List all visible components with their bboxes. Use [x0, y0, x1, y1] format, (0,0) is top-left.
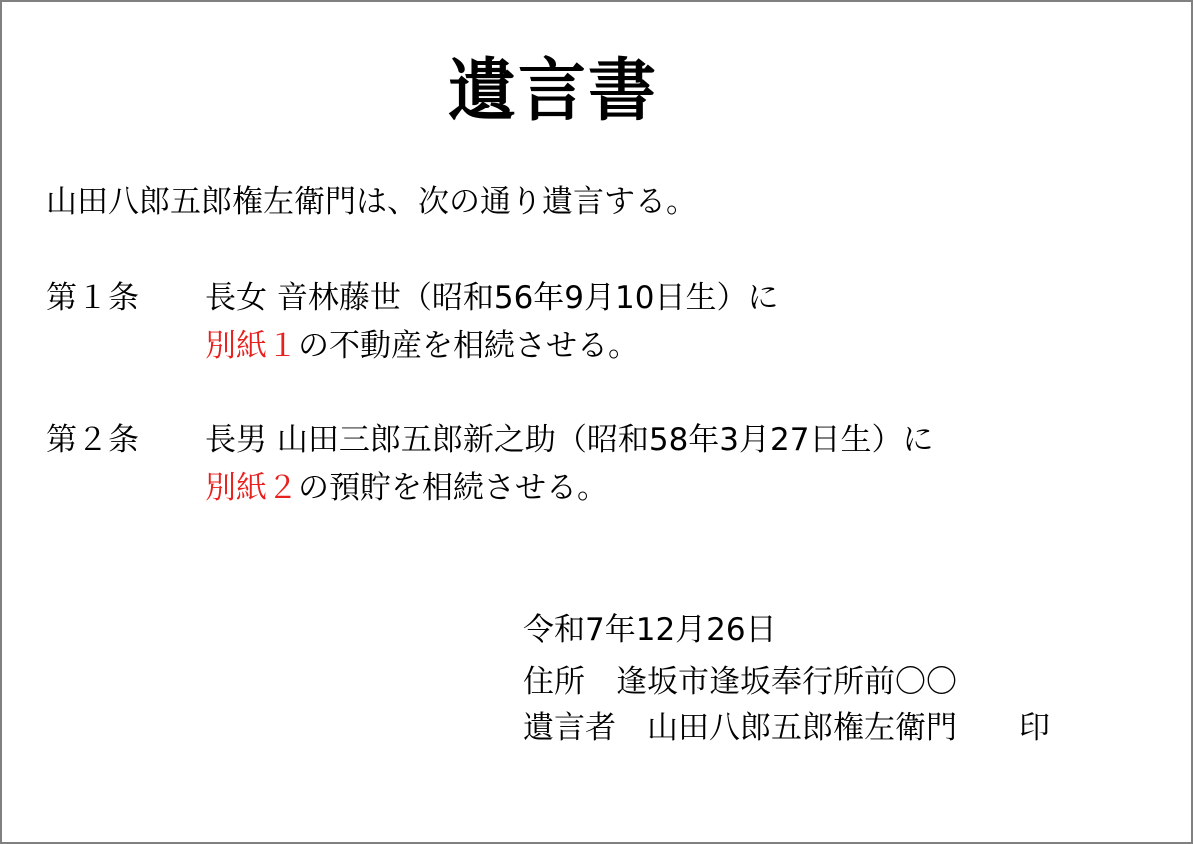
- seal-mark: 印: [1019, 710, 1050, 746]
- article-1-label: 第１条: [46, 278, 139, 318]
- article-1-bequest: 別紙１の不動産を相続させる。: [205, 326, 639, 366]
- document-title: 遺言書: [448, 52, 658, 132]
- article-2-bequest: 別紙２の預貯を相続させる。: [205, 468, 608, 508]
- article-1-heir: 長女 音林藤世（昭和56年9月10日生）に: [205, 278, 778, 318]
- signature-testator: 遺言者山田八郎五郎権左衛門印: [523, 708, 1050, 748]
- testator-label: 遺言者: [523, 710, 616, 746]
- intro-statement: 山田八郎五郎権左衛門は、次の通り遺言する。: [46, 182, 697, 222]
- article-2-bequest-text: の預貯を相続させる。: [298, 470, 608, 506]
- will-document-page: 遺言書 山田八郎五郎権左衛門は、次の通り遺言する。 第１条 長女 音林藤世（昭和…: [0, 0, 1193, 844]
- signature-date: 令和7年12月26日: [523, 610, 777, 650]
- address-value: 逢坂市逢坂奉行所前〇〇: [616, 664, 957, 700]
- testator-name: 山田八郎五郎権左衛門: [647, 710, 957, 746]
- article-1-bequest-text: の不動産を相続させる。: [298, 328, 639, 364]
- article-1-attachment-ref: 別紙１: [205, 328, 298, 364]
- address-label: 住所: [523, 664, 585, 700]
- article-2-label: 第２条: [46, 420, 139, 460]
- article-2-heir: 長男 山田三郎五郎新之助（昭和58年3月27日生）に: [205, 420, 933, 460]
- article-2-attachment-ref: 別紙２: [205, 470, 298, 506]
- signature-address: 住所逢坂市逢坂奉行所前〇〇: [523, 662, 957, 702]
